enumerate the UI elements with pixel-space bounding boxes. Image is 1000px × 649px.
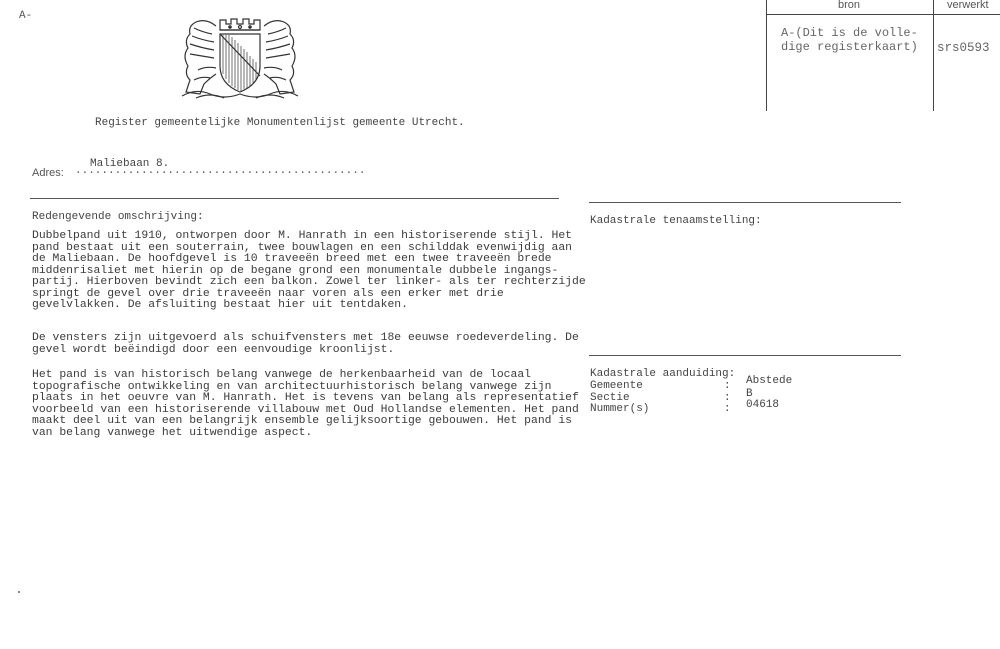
stamp-header-bron: bron xyxy=(838,0,860,11)
address-label: Adres: xyxy=(32,167,64,179)
kad-value: Abstede xyxy=(746,376,792,389)
kad-value: 04618 xyxy=(746,400,792,412)
kad-sep: : xyxy=(724,404,746,416)
kad-sep: : xyxy=(724,380,746,393)
divider-right-top xyxy=(589,202,901,203)
utrecht-coat-of-arms-icon xyxy=(176,14,306,100)
stamp-bron-value: A-(Dit is de volle- dige registerkaart) xyxy=(781,26,918,54)
corner-mark: A- xyxy=(19,10,32,22)
kadastrale-row-nummers: Nummer(s) : 04618 xyxy=(590,404,792,416)
description-paragraph-2: De vensters zijn uitgevoerd als schuifve… xyxy=(32,333,579,356)
address-dotted-line: ........................................… xyxy=(75,165,365,177)
kadastrale-tenaamstelling-label: Kadastrale tenaamstelling: xyxy=(590,215,762,227)
stamp-verwerkt-value: srs0593 xyxy=(937,41,990,55)
divider-left xyxy=(30,198,559,199)
kad-key: Gemeente xyxy=(590,380,724,393)
divider-right-middle xyxy=(589,355,901,356)
description-paragraph-1: Dubbelpand uit 1910, ontworpen door M. H… xyxy=(32,231,586,312)
kad-key: Nummer(s) xyxy=(590,404,724,416)
kadastrale-aanduiding-label: Kadastrale aanduiding: xyxy=(590,368,735,380)
register-title: Register gemeentelijke Monumentenlijst g… xyxy=(95,117,465,129)
processing-stamp-box: bron verwerkt A-(Dit is de volle- dige r… xyxy=(766,0,1000,111)
description-paragraph-3: Het pand is van historisch belang vanweg… xyxy=(32,370,579,439)
description-heading: Redengevende omschrijving: xyxy=(32,211,204,223)
stamp-header-verwerkt: verwerkt xyxy=(947,0,989,11)
scan-speck xyxy=(18,591,20,593)
kadastrale-aanduiding-table: Gemeente : Abstede Sectie : B Nummer(s) … xyxy=(590,380,792,416)
